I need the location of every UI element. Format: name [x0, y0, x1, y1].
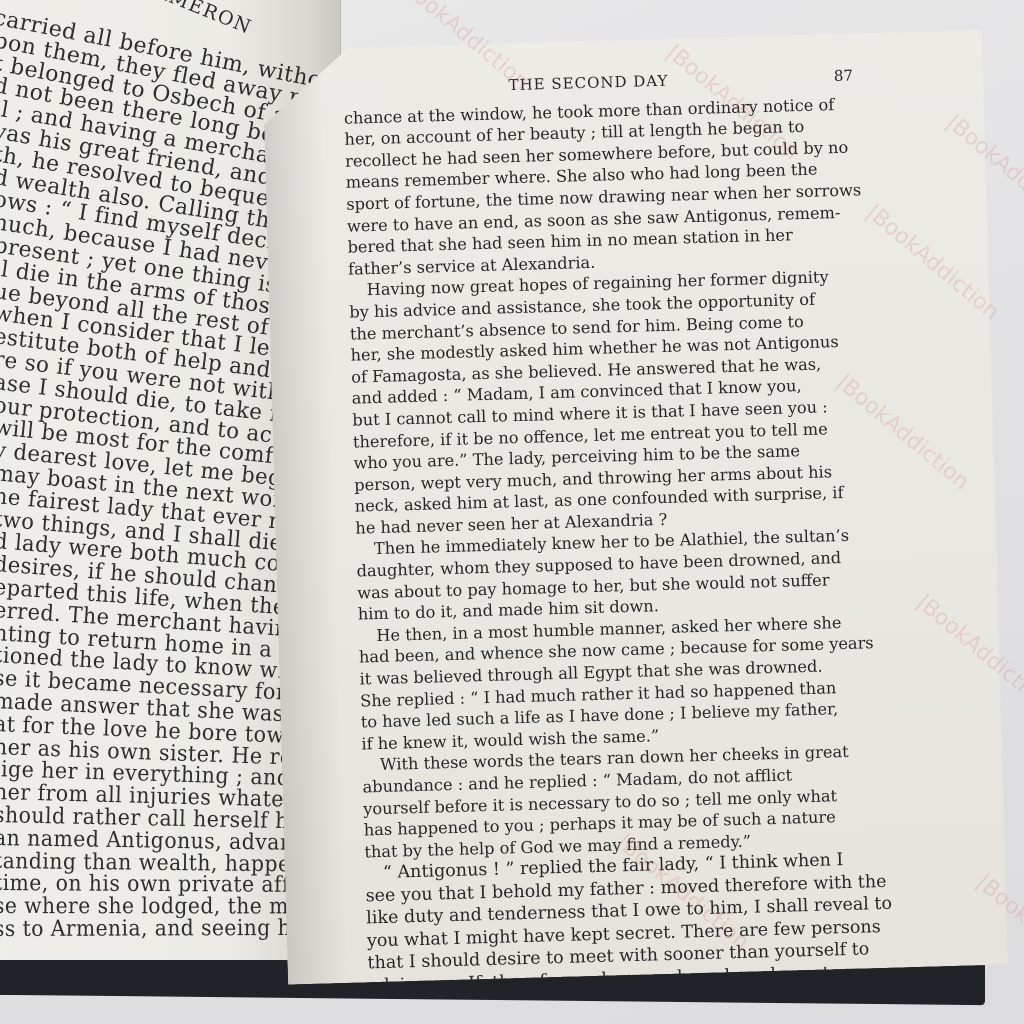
right-page: THE SECOND DAY 87 chance at the window, …: [262, 30, 1008, 985]
right-page-body: chance at the window, he took more than …: [344, 93, 879, 1020]
left-running-head: AMERON: [152, 0, 255, 39]
paragraph: He then, in a most humble manner, asked …: [358, 611, 871, 755]
paragraph: Then he immediately knew her to be Alath…: [356, 525, 868, 626]
paragraph: chance at the window, he took more than …: [344, 93, 859, 280]
paragraph: Having now great hopes of regaining her …: [348, 266, 865, 539]
right-page-content: THE SECOND DAY 87 chance at the window, …: [343, 66, 879, 1021]
page-number: 87: [834, 66, 854, 88]
paragraph: With these words the tears ran down her …: [362, 741, 875, 863]
